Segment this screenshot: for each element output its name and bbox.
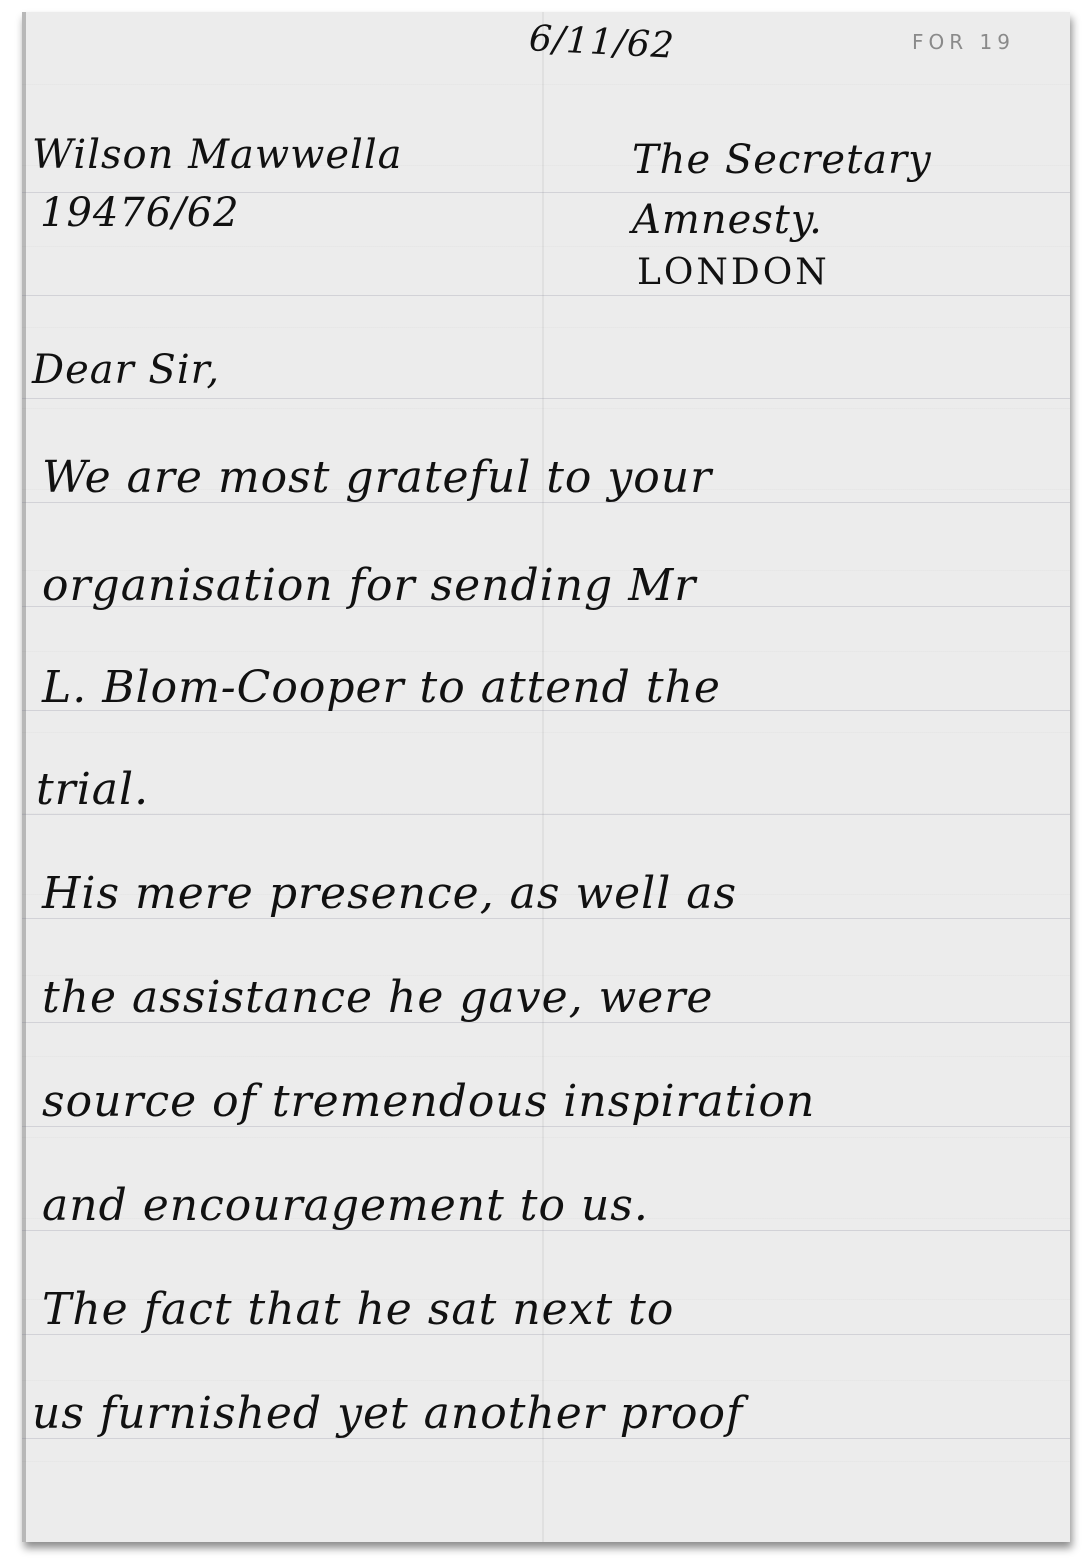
letter-page: 6/11/62 FOR 19 Wilson Mawwella 19476/62 … [22, 12, 1070, 1542]
body-line: source of tremendous inspiration [42, 1076, 815, 1127]
body-line: His mere presence, as well as [42, 868, 737, 919]
body-line: trial. [36, 764, 149, 815]
ruled-line [22, 814, 1070, 815]
reference-note: FOR 19 [912, 30, 1015, 54]
salutation: Dear Sir, [32, 347, 220, 393]
body-line: and encouragement to us. [42, 1180, 649, 1231]
letter-date: 6/11/62 [528, 18, 676, 67]
recipient-line-3: LONDON [637, 252, 830, 293]
body-line: L. Blom-Cooper to attend the [42, 662, 721, 713]
ruled-line [22, 398, 1070, 399]
sender-name: Wilson Mawwella [32, 132, 402, 178]
body-line: us furnished yet another proof [32, 1388, 743, 1439]
body-line: organisation for sending Mr [42, 560, 696, 611]
sender-reference: 19476/62 [40, 190, 240, 236]
body-line: We are most grateful to your [42, 452, 712, 503]
recipient-line-2: Amnesty. [632, 197, 823, 243]
body-line: The fact that he sat next to [42, 1284, 674, 1335]
recipient-line-1: The Secretary [632, 137, 932, 183]
body-line: the assistance he gave, were [42, 972, 713, 1023]
ruled-line [22, 295, 1070, 296]
